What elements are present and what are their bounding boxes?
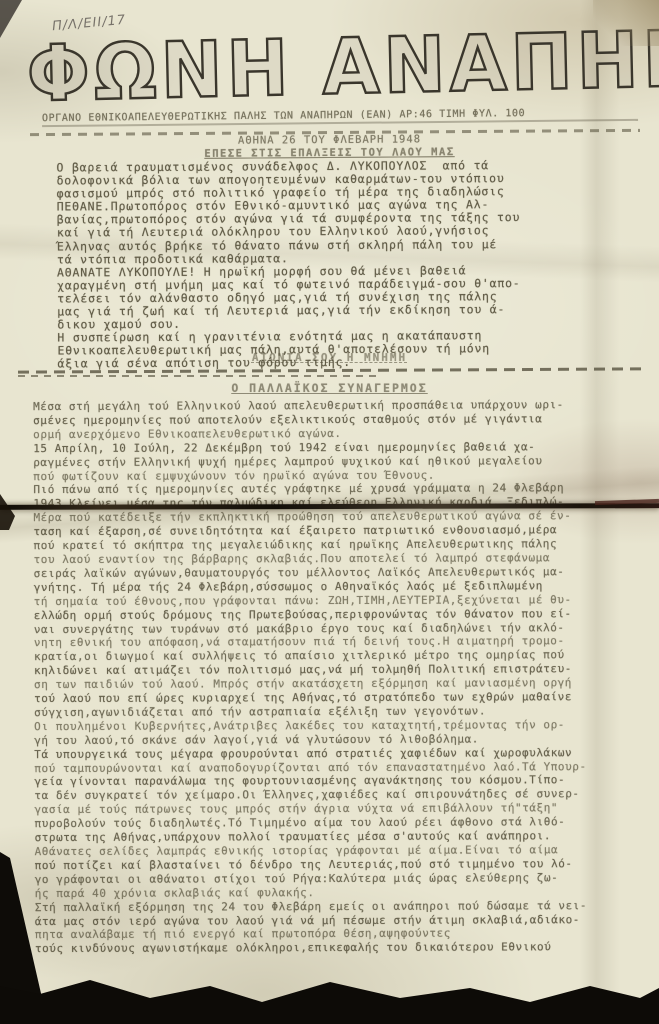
- article-headline: Ο ΠΑΛΛΑΪΚΟΣ ΣΥΝΑΓΕΡΜΟΣ: [0, 381, 659, 395]
- obituary-article: Ο βαρειά τραυματισμένος συνάδελφος Δ. ΛΥ…: [56, 159, 617, 371]
- text-line: πυροβολούν τούς διαδηλωτές.Τό Τιμημένο α…: [34, 815, 646, 831]
- torn-edge-bottom: [0, 964, 659, 1024]
- text-line: τούς κινδύνους αγωνιστήκαμε ολόκληροι,επ…: [35, 940, 647, 956]
- text-line: ορμή ανερχόμενο Εθνικοαπελευθερωτικό αγώ…: [33, 426, 645, 442]
- section-divider-short: [18, 375, 378, 377]
- text-line: τή σημαία τού έθνους,που γράφονται πάνω:…: [34, 593, 646, 609]
- paper: Π/Λ/ΕΙΙ/17 ΦΩΝΗ ΑΝΑΠΗΡΩΝ ΟΡΓΑΝΟ ΕΘΝΙΚΟΑΠ…: [0, 0, 659, 1024]
- text-line: γή του λαού,τό σκάνε σάν λαγοί,γιά νά γλ…: [34, 732, 646, 748]
- text-line: Μέσα στή μεγάλη τού Ελληνικού λαού απελε…: [33, 398, 645, 414]
- main-article: Μέσα στή μεγάλη τού Ελληνικού λαού απελε…: [33, 398, 647, 956]
- text-line: πητα αναλάβαμε τή πιό ενεργό καί πρωτοπό…: [35, 926, 647, 942]
- text-line: πού ταμπουρώνονται καί αναποδογυρίζονται…: [34, 759, 646, 775]
- corner-fold-top-right: [593, 0, 659, 46]
- text-line: Αθάνατες σελίδες λαμπράς εθνικής ιστορία…: [35, 843, 647, 859]
- torn-corner-top-left: [0, 0, 26, 40]
- text-line: Πιό πάνω από τίς ημερομηνίες αυτές γράφτ…: [33, 481, 645, 497]
- text-line: κρατία,οι διωγμοί καί συλλήψεις τό απαίσ…: [34, 648, 646, 664]
- document-scan: { "annotation": "Π/Λ/ΕΙΙ/17", "masthead"…: [0, 0, 659, 1024]
- text-line: σειράς λαϊκών αγώνων,θαυματουργός του μέ…: [34, 565, 646, 581]
- torn-notch-left: [0, 494, 15, 530]
- memorial-line: ΑΙΩΝΙΑ ΣΟΥ Η ΜΝΗΜΗ: [0, 351, 659, 364]
- text-line: Στή παλλαϊκή εξόρμηση της 24 του Φλεβάρη…: [35, 899, 647, 915]
- text-line: ση των παιδιών τού λαού. Μπρός στήν ακατ…: [34, 676, 646, 692]
- masthead-title: ΦΩΝΗ ΑΝΑΠΗΡΩΝ: [26, 20, 659, 113]
- text-line: Μέρα πού κατέδειξε τήν εκπληκτική προώθη…: [33, 509, 645, 525]
